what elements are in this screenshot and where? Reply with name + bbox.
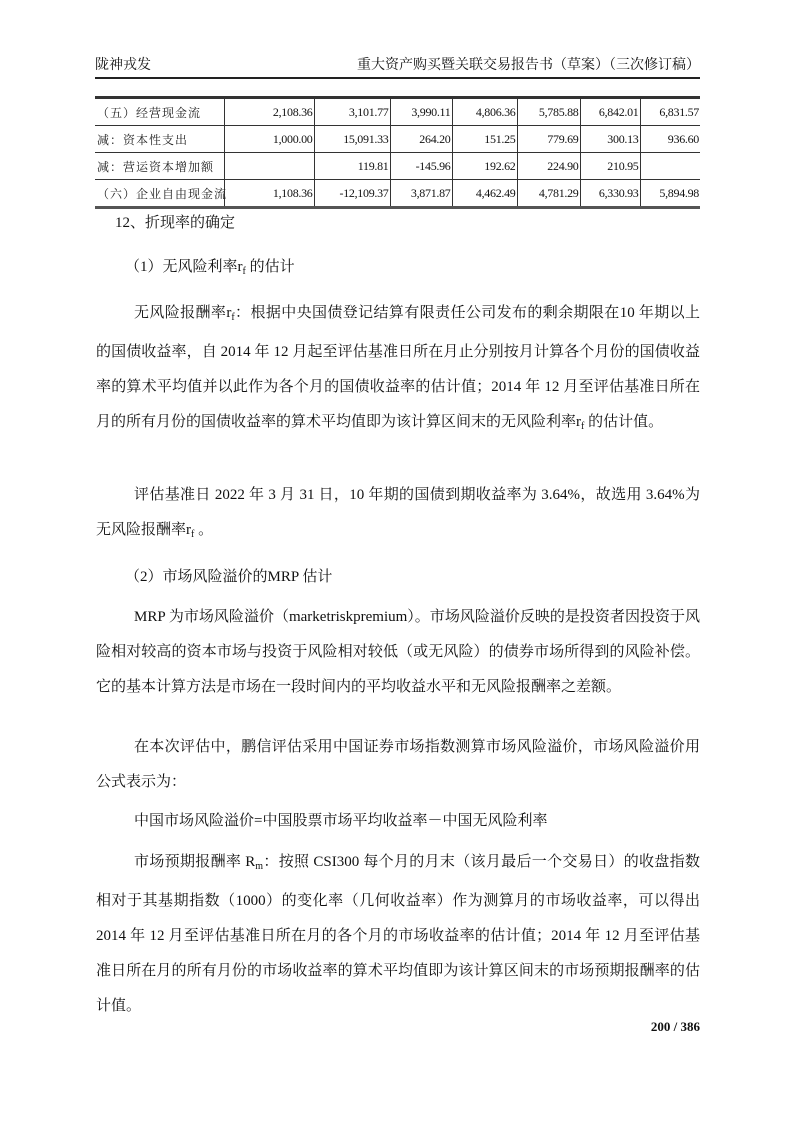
section-title: 12、折现率的确定 (115, 206, 700, 241)
text: 的估计值。 (584, 414, 663, 430)
paragraph-market-return: 市场预期报酬率 Rm：按照 CSI300 每个月的月末（该月最后一个交易日）的收… (96, 845, 700, 1024)
header-company: 陇神戎发 (95, 54, 151, 74)
subsection-2-title: （2）市场风险溢价的MRP 估计 (125, 560, 710, 595)
cell: 4,462.49 (452, 180, 517, 208)
cell: 15,091.33 (314, 126, 390, 153)
cell: 2,108.36 (224, 98, 314, 126)
cell: 6,831.57 (640, 98, 700, 126)
page-header: 陇神戎发 重大资产购买暨关联交易报告书（草案）（三次修订稿） (95, 54, 700, 74)
cell: 1,000.00 (224, 126, 314, 153)
header-doc-title: 重大资产购买暨关联交易报告书（草案）（三次修订稿） (357, 54, 700, 74)
text: 在本次评估中，鹏信评估采用中国证券市场指数测算市场风险溢价，市场风险溢价用公式表… (96, 730, 700, 800)
cell: 5,785.88 (517, 98, 580, 126)
cell: -145.96 (390, 153, 452, 180)
cell: 119.81 (314, 153, 390, 180)
cell: 4,781.29 (517, 180, 580, 208)
table-row: （五）经营现金流 2,108.36 3,101.77 3,990.11 4,80… (95, 98, 700, 126)
cell: 3,990.11 (390, 98, 452, 126)
cell: 210.95 (580, 153, 640, 180)
cell: 6,842.01 (580, 98, 640, 126)
subscript-m: m (255, 861, 263, 872)
subsection-1-text: （1）无风险利率 (125, 259, 238, 275)
cell: 5,894.98 (640, 180, 700, 208)
cell: 192.62 (452, 153, 517, 180)
paragraph-risk-free-rate: 无风险报酬率rf：根据中央国债登记结算有限责任公司发布的剩余期限在10 年期以上… (96, 296, 700, 444)
row-label: （六）企业自由现金流 (95, 180, 224, 208)
cell: 3,101.77 (314, 98, 390, 126)
subsection-1-text-end: 的估计 (246, 259, 295, 275)
paragraph-methodology: 在本次评估中，鹏信评估采用中国证券市场指数测算市场风险溢价，市场风险溢价用公式表… (96, 730, 700, 800)
text: MRP 为市场风险溢价（marketriskpremium）。市场风险溢价反映的… (96, 600, 700, 705)
text: ：按照 CSI300 每个月的月末（该月最后一个交易日）的收盘指数相对于其基期指… (96, 854, 700, 1014)
table-row: 减：营运资本增加额 119.81 -145.96 192.62 224.90 2… (95, 153, 700, 180)
text: 。 (194, 522, 213, 538)
text: ：根据中央国债登记结算有限责任公司发布的剩余期限在10 年期以上的国债收益率，自… (96, 305, 700, 430)
table-row: 减：资本性支出 1,000.00 15,091.33 264.20 151.25… (95, 126, 700, 153)
formula: 中国市场风险溢价=中国股票市场平均收益率－中国无风险利率 (134, 804, 719, 839)
cell: 779.69 (517, 126, 580, 153)
cell: 3,871.87 (390, 180, 452, 208)
subsection-1-title: （1）无风险利率rf 的估计 (125, 250, 710, 289)
header-divider (95, 77, 700, 79)
cell: 1,108.36 (224, 180, 314, 208)
cell: 4,806.36 (452, 98, 517, 126)
cell: 936.60 (640, 126, 700, 153)
row-label: 减：营运资本增加额 (95, 153, 224, 180)
cell (640, 153, 700, 180)
text: 无风险报酬率 (134, 305, 226, 321)
cell: 264.20 (390, 126, 452, 153)
cell: 300.13 (580, 126, 640, 153)
text: 市场预期报酬率 R (134, 854, 255, 870)
paragraph-valuation-date: 评估基准日 2022 年 3 月 31 日，10 年期的国债到期收益率为 3.6… (96, 478, 700, 552)
cell: -12,109.37 (314, 180, 390, 208)
cell: 151.25 (452, 126, 517, 153)
row-label: （五）经营现金流 (95, 98, 224, 126)
paragraph-mrp-definition: MRP 为市场风险溢价（marketriskpremium）。市场风险溢价反映的… (96, 600, 700, 705)
row-label: 减：资本性支出 (95, 126, 224, 153)
cell: 6,330.93 (580, 180, 640, 208)
table-row: （六）企业自由现金流 1,108.36 -12,109.37 3,871.87 … (95, 180, 700, 208)
cell (224, 153, 314, 180)
page-number: 200 / 386 (651, 1019, 700, 1035)
cash-flow-table: （五）经营现金流 2,108.36 3,101.77 3,990.11 4,80… (95, 96, 700, 209)
cell: 224.90 (517, 153, 580, 180)
